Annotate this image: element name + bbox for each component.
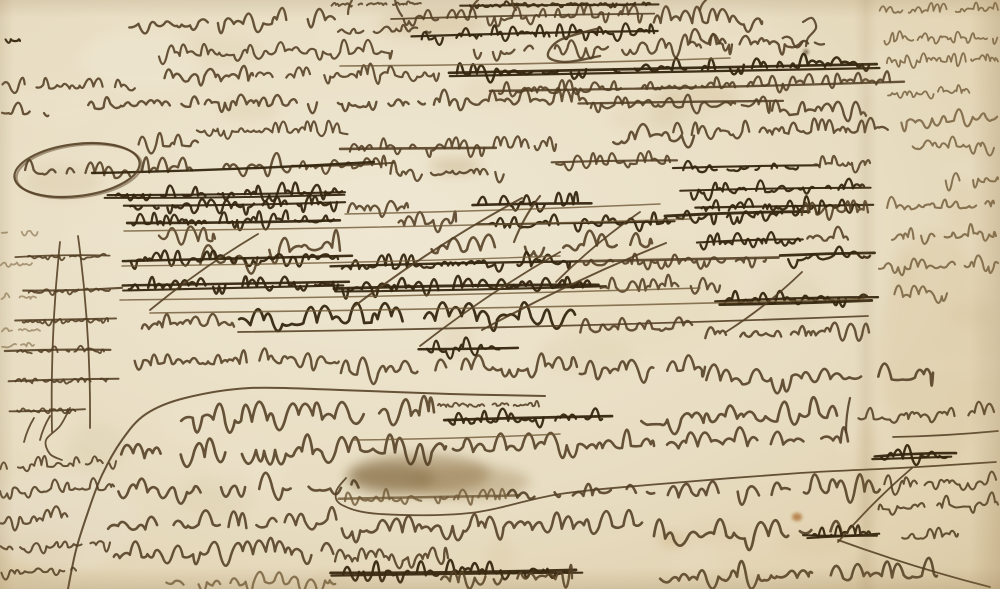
vertical-crease: [854, 0, 878, 589]
ink-stain: [410, 466, 530, 498]
paper-mottle: [161, 398, 219, 445]
edge-shadow-top: [0, 0, 1000, 18]
ink-stain: [80, 30, 200, 90]
edge-shadow-right: [970, 0, 1000, 589]
paper-mottle: [318, 10, 340, 71]
manuscript-page: [0, 0, 1000, 589]
ink-stain: [792, 513, 802, 521]
manuscript-scan: [0, 0, 1000, 589]
edge-shadow-left: [0, 0, 14, 589]
paper-mottle: [15, 82, 105, 127]
strikethrough-stroke: [419, 348, 518, 349]
edge-shadow-bottom: [0, 567, 1000, 589]
strikethrough-stroke: [340, 148, 496, 149]
